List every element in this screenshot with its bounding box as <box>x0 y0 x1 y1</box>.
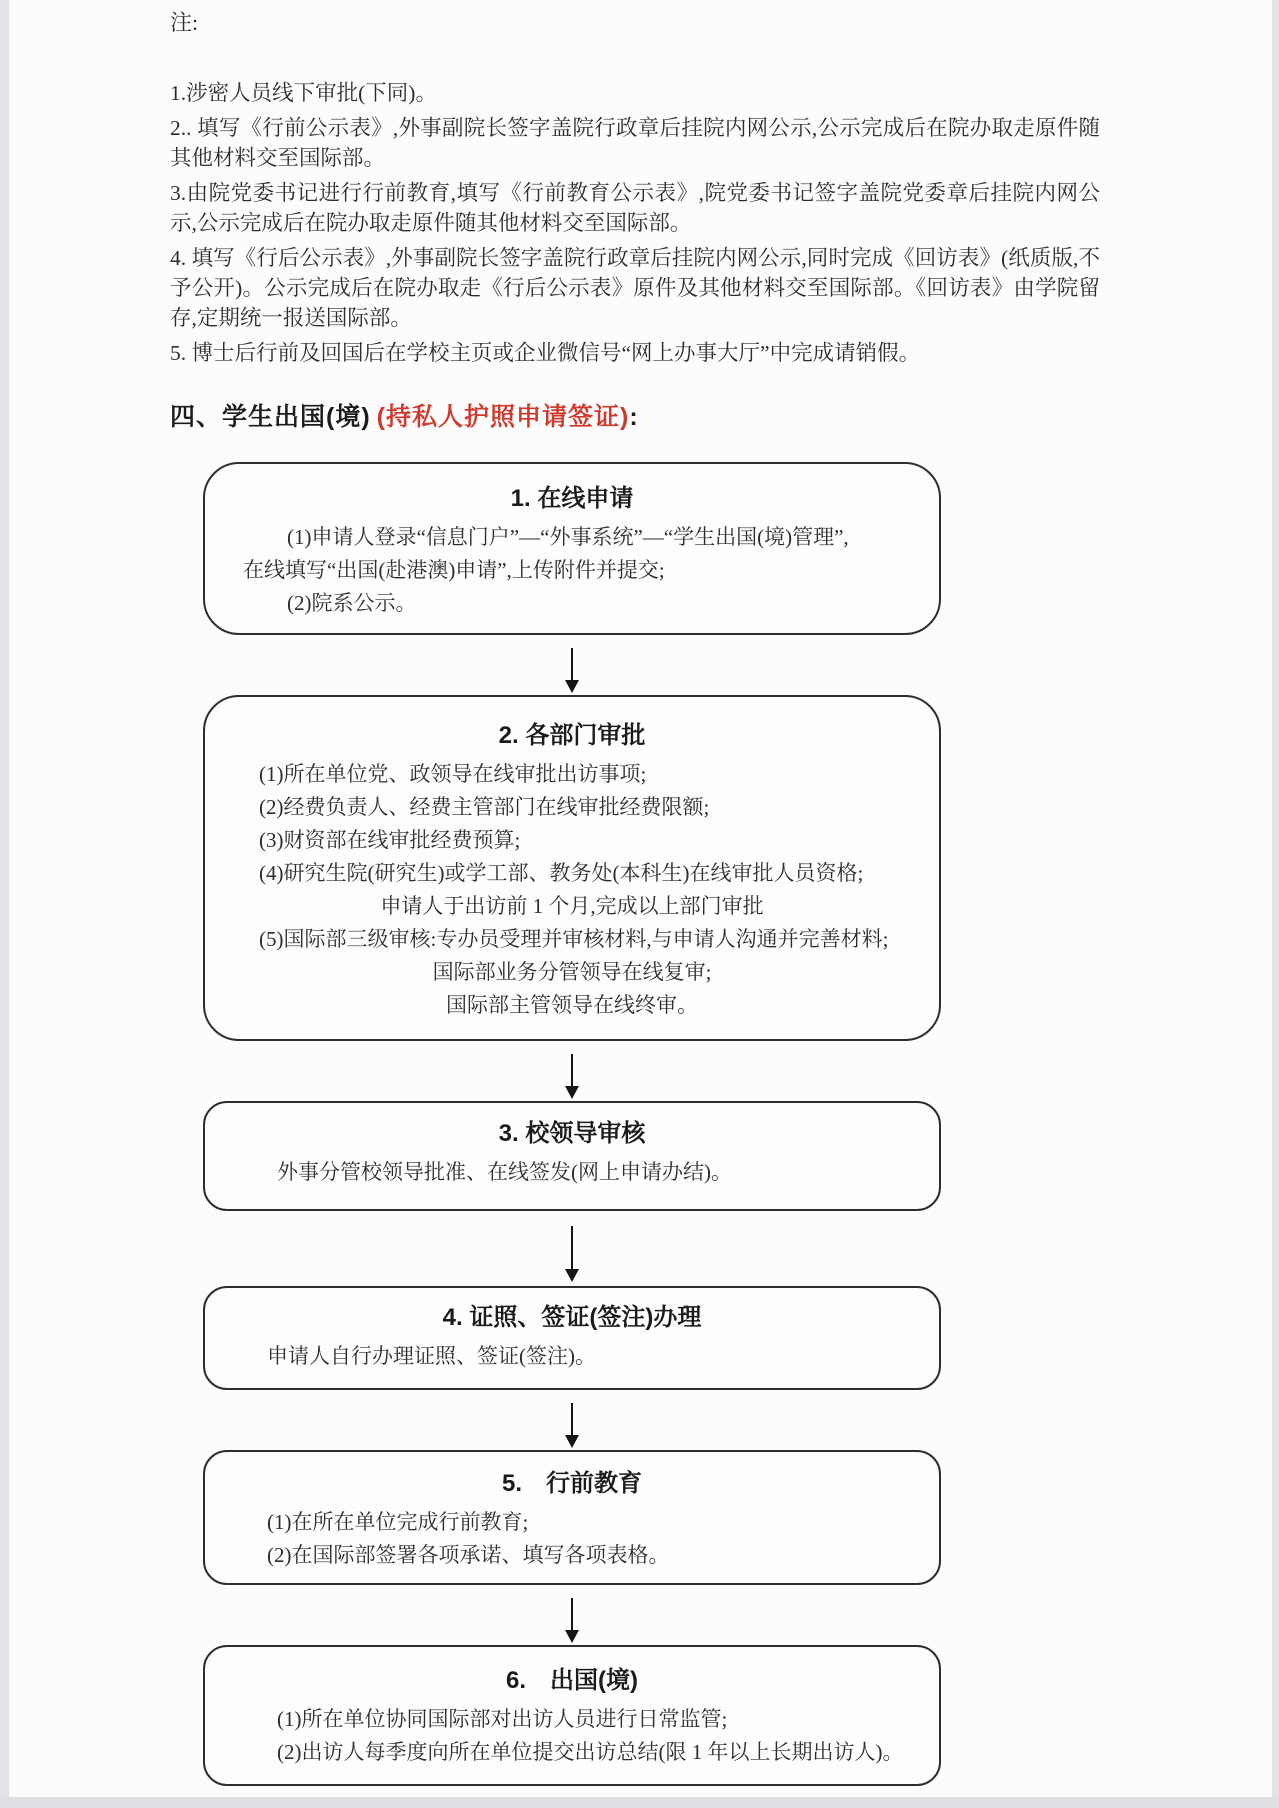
scan-edge-bottom <box>0 1797 1279 1808</box>
flow-line: (2)经费负责人、经费主管部门在线审批经费限额; <box>221 791 923 824</box>
down-arrow-4 <box>571 1403 573 1436</box>
down-arrow-5 <box>571 1598 573 1631</box>
notes-label: 注: <box>170 8 1100 38</box>
flow-line: (1)申请人登录“信息门户”—“外事系统”—“学生出国(境)管理”, <box>221 521 923 554</box>
flow-box-school-leader-review: 3. 校领导审核 外事分管校领导批准、在线签发(网上申请办结)。 <box>203 1101 941 1211</box>
flow-line: 国际部业务分管领导在线复审; <box>221 956 923 989</box>
flow-box-going-abroad: 6. 出国(境) (1)所在单位协同国际部对出访人员进行日常监管; (2)出访人… <box>203 1645 941 1786</box>
flow-line: (1)所在单位党、政领导在线审批出访事项; <box>221 758 923 791</box>
flow-line: (3)财资部在线审批经费预算; <box>221 824 923 857</box>
flow-line: 外事分管校领导批准、在线签发(网上申请办结)。 <box>221 1156 923 1189</box>
flow-line: 申请人自行办理证照、签证(签注)。 <box>221 1340 923 1373</box>
flow-line: (4)研究生院(研究生)或学工部、教务处(本科生)在线审批人员资格; <box>221 857 923 890</box>
flow-line: 国际部主管领导在线终审。 <box>221 989 923 1022</box>
document-content: 注: 1.涉密人员线下审批(下同)。 2.. 填写《行前公示表》,外事副院长签字… <box>170 8 1100 1786</box>
heading-red-text: (持私人护照申请签证) <box>377 403 630 431</box>
heading-colon: : <box>629 403 638 431</box>
flow-line: (2)院系公示。 <box>221 587 923 620</box>
flow-line: (5)国际部三级审核:专办员受理并审核材料,与申请人沟通并完善材料; <box>221 923 923 956</box>
flowchart: 1. 在线申请 (1)申请人登录“信息门户”—“外事系统”—“学生出国(境)管理… <box>203 462 941 1786</box>
flow-line: (2)出访人每季度向所在单位提交出访总结(限 1 年以上长期出访人)。 <box>221 1736 923 1769</box>
page-sheet: { "colors": { "accent_red": "#cf3a2e" },… <box>0 0 1279 1808</box>
flow-box-title: 5. 行前教育 <box>221 1469 923 1499</box>
flow-box-department-approval: 2. 各部门审批 (1)所在单位党、政领导在线审批出访事项; (2)经费负责人、… <box>203 695 941 1041</box>
heading-black-text: 四、学生出国(境) <box>170 403 371 431</box>
flow-line: 申请人于出访前 1 个月,完成以上部门审批 <box>221 890 923 923</box>
note-item-5: 5. 博士后行前及回国后在学校主页或企业微信号“网上办事大厅”中完成请销假。 <box>170 338 1100 368</box>
down-arrow-2 <box>571 1054 573 1087</box>
down-arrow-1 <box>571 648 573 681</box>
flow-line: 在线填写“出国(赴港澳)申请”,上传附件并提交; <box>221 554 923 587</box>
down-arrow-3 <box>571 1226 573 1270</box>
note-item-3: 3.由院党委书记进行行前教育,填写《行前教育公示表》,院党委书记签字盖院党委章后… <box>170 178 1100 238</box>
flow-line: (1)在所在单位完成行前教育; <box>221 1506 923 1539</box>
flow-box-pre-departure-education: 5. 行前教育 (1)在所在单位完成行前教育; (2)在国际部签署各项承诺、填写… <box>203 1450 941 1585</box>
flow-box-title: 3. 校领导审核 <box>221 1119 923 1149</box>
flow-box-visa-processing: 4. 证照、签证(签注)办理 申请人自行办理证照、签证(签注)。 <box>203 1286 941 1390</box>
flow-box-title: 4. 证照、签证(签注)办理 <box>221 1303 923 1333</box>
flow-box-online-application: 1. 在线申请 (1)申请人登录“信息门户”—“外事系统”—“学生出国(境)管理… <box>203 462 941 635</box>
note-item-1: 1.涉密人员线下审批(下同)。 <box>170 78 1100 108</box>
section-heading: 四、学生出国(境)(持私人护照申请签证): <box>170 402 1100 432</box>
note-item-2: 2.. 填写《行前公示表》,外事副院长签字盖院行政章后挂院内网公示,公示完成后在… <box>170 113 1100 173</box>
flow-box-title: 6. 出国(境) <box>221 1666 923 1696</box>
flow-line: (2)在国际部签署各项承诺、填写各项表格。 <box>221 1539 923 1572</box>
flow-line: (1)所在单位协同国际部对出访人员进行日常监管; <box>221 1703 923 1736</box>
note-item-4: 4. 填写《行后公示表》,外事副院长签字盖院行政章后挂院内网公示,同时完成《回访… <box>170 243 1100 333</box>
scan-edge-left <box>0 0 9 1808</box>
flow-box-title: 2. 各部门审批 <box>221 721 923 751</box>
scan-edge-right <box>1272 0 1279 1808</box>
flow-box-title: 1. 在线申请 <box>221 484 923 514</box>
